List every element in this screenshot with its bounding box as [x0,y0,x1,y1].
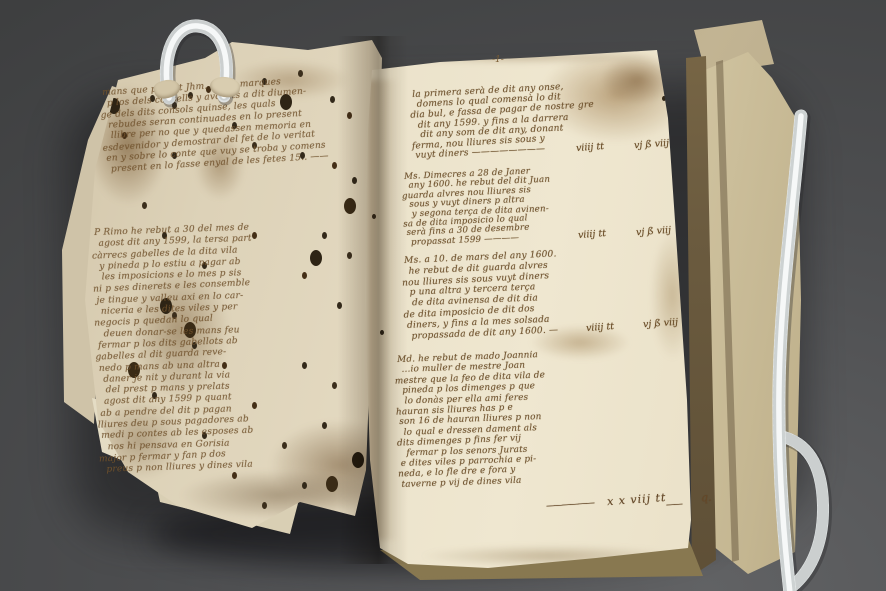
entry3-amount-lliures: viiij tt [586,321,615,334]
entry2-amount-lliures: viiij tt [578,228,607,241]
total-rule-right: —— [666,499,683,510]
worm-holes-large [0,0,12,16]
right-page-entry-1: la primera serà de dit any onse,domens l… [412,80,599,161]
right-page-entry-3: Ms. a 10. de mars del any 1600.he rebut … [404,249,560,342]
stain [372,50,662,64]
gutter-shadow [338,36,408,564]
total-mark: q. [701,491,712,505]
right-page-entry-2: Ms. Dimecres a 28 de Janerany 1600. he r… [404,167,549,248]
entry1-amount-lliures: viiij tt [576,141,605,154]
folio-number: -1- [492,55,504,65]
worm-holes [0,0,4,5]
stain [600,55,675,105]
worm-holes [0,0,5,7]
right-page-entry-4: Md. he rebut de mado Joannia...io muller… [397,350,552,490]
left-page-paragraph-2: P Rimo he rebut a 30 del mes deagost dit… [94,223,260,477]
manuscript-photo: -1- mans que per dit Jhm. senor marquesp… [0,0,886,591]
